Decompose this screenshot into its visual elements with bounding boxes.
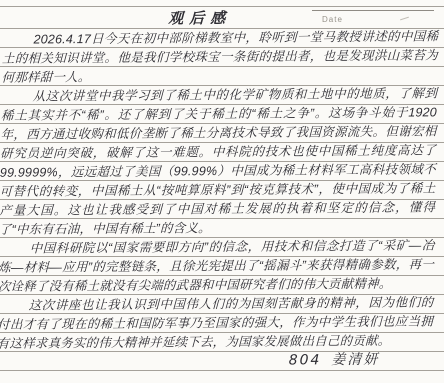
paragraph-research-chain: 中国科研院以“国家需要即方向”的信念，用技术和信念打造了“采矿—冶炼—材料—应用… bbox=[0, 236, 435, 296]
signature: 804姜清妍 bbox=[288, 350, 379, 371]
notebook-page: Date 观后感 2026.4.17日今天在初中部阶梯教室中，聆听到一堂马教授讲… bbox=[0, 0, 444, 383]
handwriting-layer: 观后感 2026.4.17日今天在初中部阶梯教室中，聆听到一堂马教授讲述的中国稀… bbox=[0, 0, 444, 383]
note-title: 观后感 bbox=[0, 6, 400, 30]
paragraph-intro: 2026.4.17日今天在初中部阶梯教室中，聆听到一堂马教授讲述的中国稀土的相关… bbox=[1, 27, 438, 87]
paragraph-lecture-content: 从这次讲堂中我学习到了稀土中的化学矿物质和土地中的地质，了解到稀土其实并不“稀”… bbox=[0, 84, 437, 239]
signature-class-number: 804 bbox=[288, 352, 321, 368]
signature-name: 姜清妍 bbox=[331, 351, 379, 367]
paragraph-conclusion: 这次讲座也让我认识到中国伟人们的为国刻苦献身的精神，因为他们的付出才有了现在的稀… bbox=[0, 293, 434, 353]
note-body: 2026.4.17日今天在初中部阶梯教室中，聆听到一堂马教授讲述的中国稀土的相关… bbox=[0, 27, 438, 353]
